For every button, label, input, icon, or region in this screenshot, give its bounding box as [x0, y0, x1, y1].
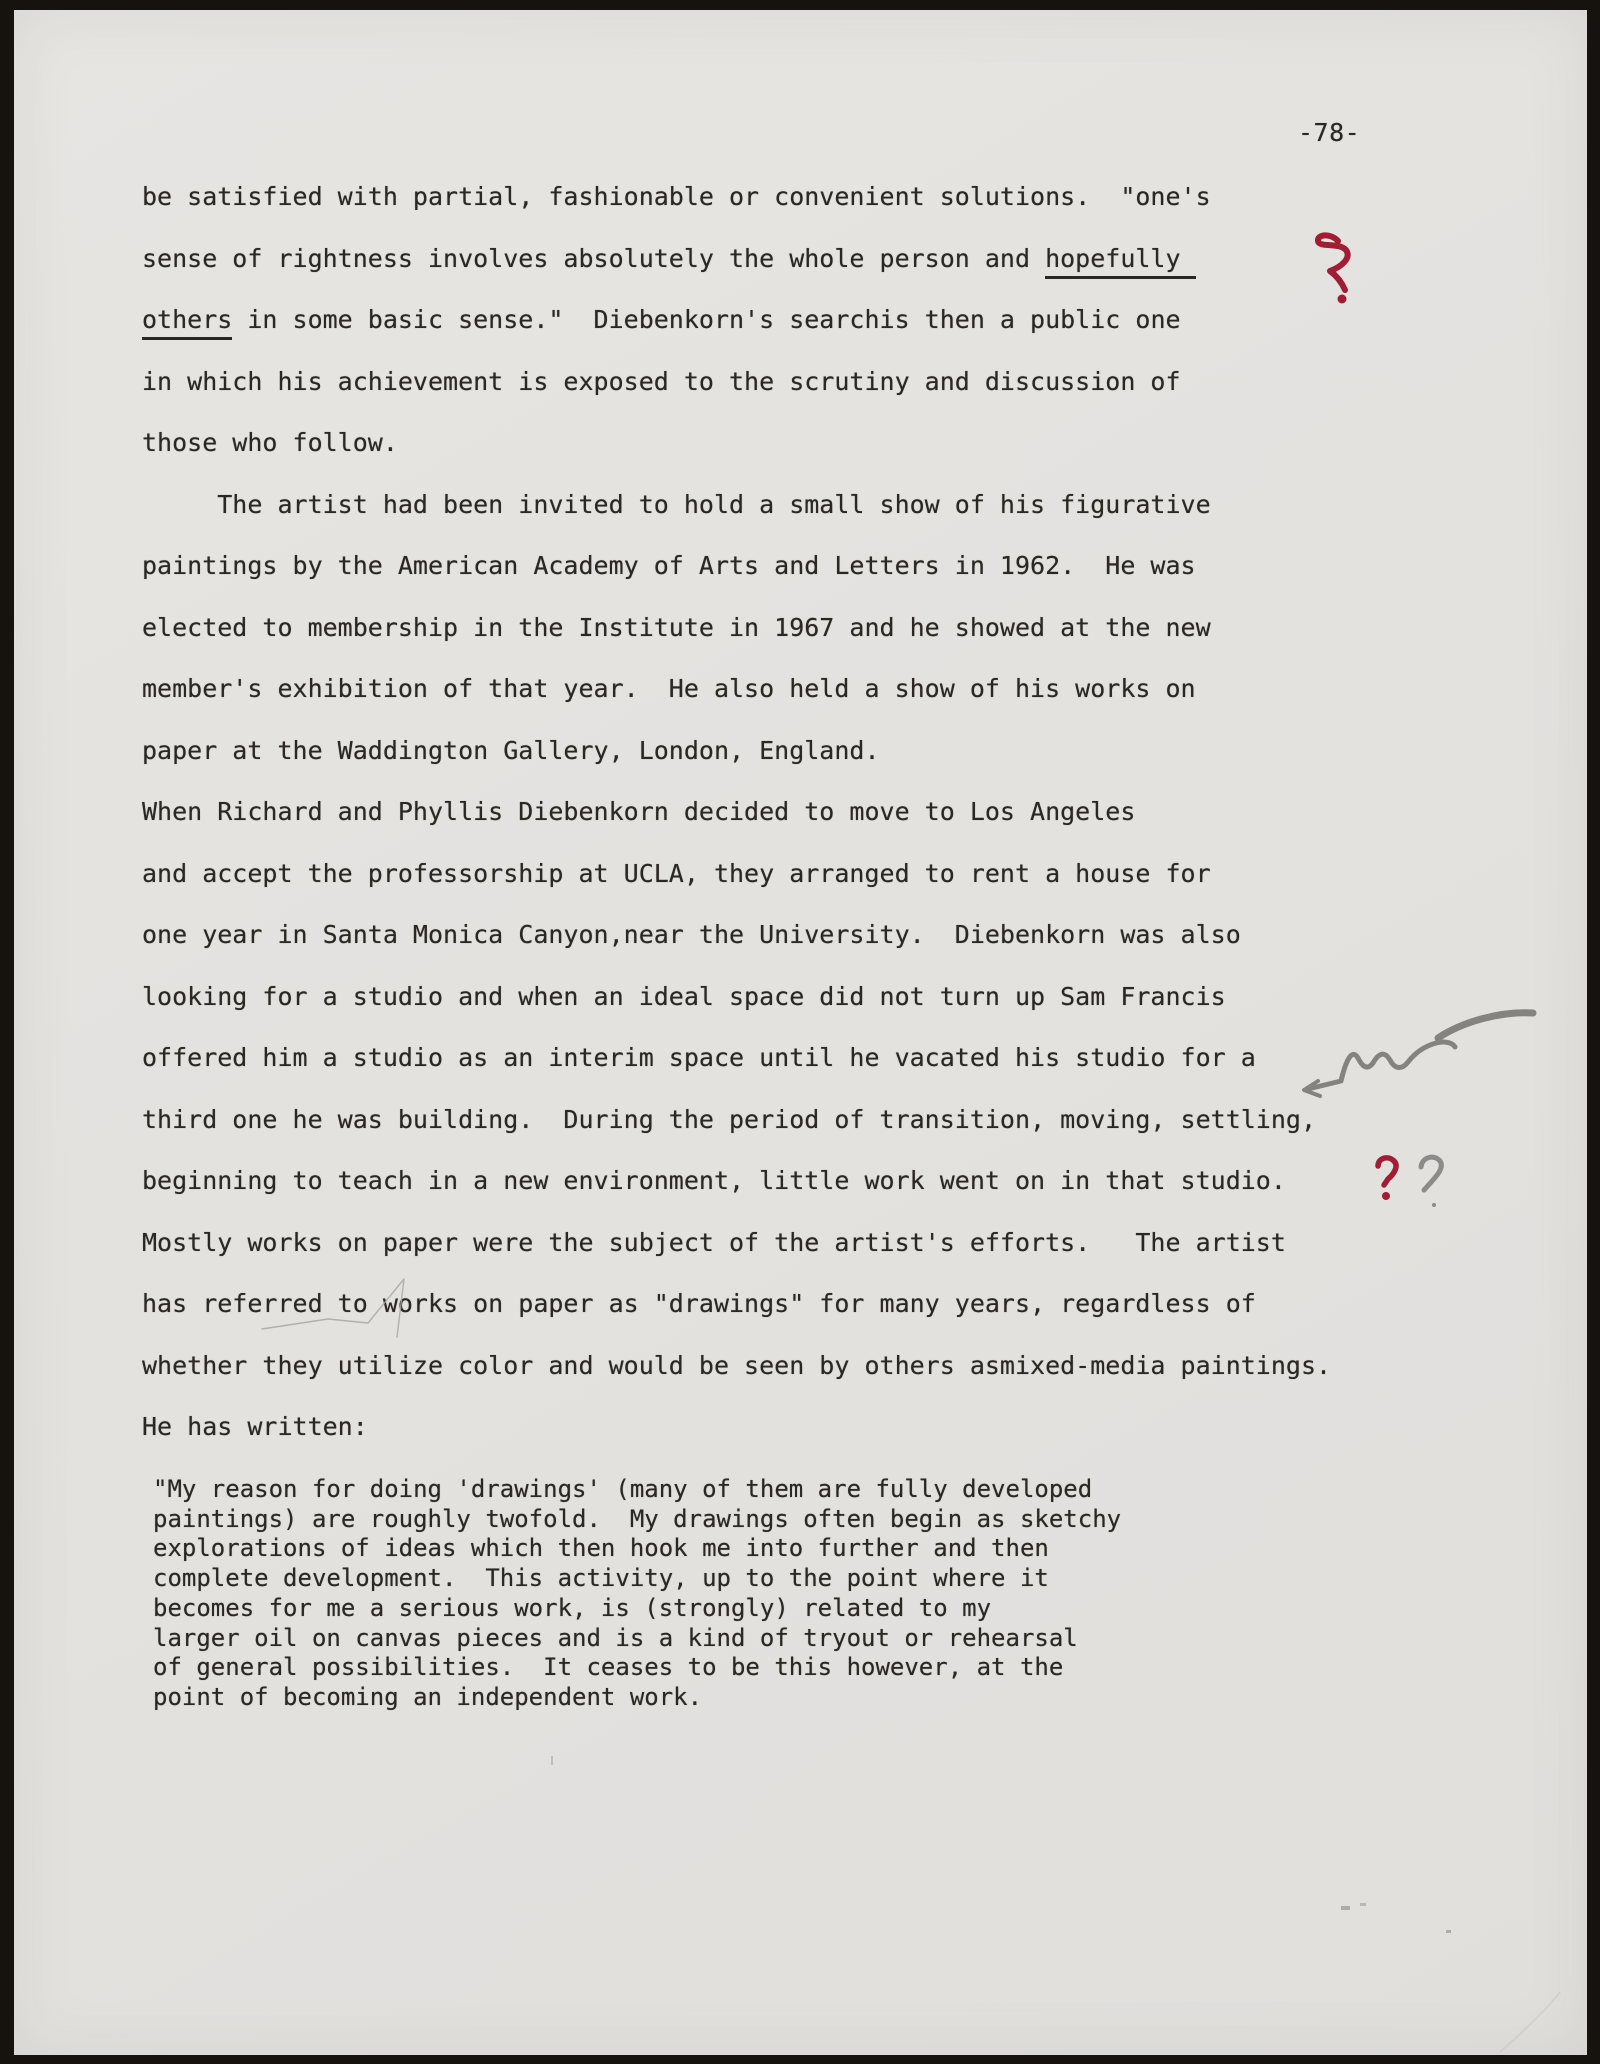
text-segment: larger oil on canvas pieces and is a kin… [153, 1624, 1078, 1652]
text-line: paper at the Waddington Gallery, London,… [142, 720, 1442, 782]
text-line: sense of rightness involves absolutely t… [142, 228, 1442, 290]
text-segment: The artist had been invited to hold a sm… [142, 490, 1211, 519]
text-segment: He has written: [142, 1412, 368, 1441]
text-line: member's exhibition of that year. He als… [142, 658, 1442, 720]
text-line: becomes for me a serious work, is (stron… [153, 1594, 1403, 1624]
text-line: complete development. This activity, up … [153, 1564, 1403, 1594]
text-segment: "My reason for doing 'drawings' (many of… [153, 1475, 1092, 1503]
text-segment: in some basic sense." Diebenkorn's searc… [232, 305, 1180, 334]
text-segment: explorations of ideas which then hook me… [153, 1534, 1049, 1562]
scanned-typescript-page: { "page": { "number_label": "-78-" }, "d… [0, 0, 1600, 2064]
text-line: those who follow. [142, 412, 1442, 474]
text-segment: those who follow. [142, 428, 398, 457]
text-line: paintings) are roughly twofold. My drawi… [153, 1505, 1403, 1535]
text-segment: paintings by the American Academy of Art… [142, 551, 1196, 580]
text-line: The artist had been invited to hold a sm… [142, 474, 1442, 536]
text-segment: one year in Santa Monica Canyon,near the… [142, 920, 1241, 949]
text-segment: elected to membership in the Institute i… [142, 613, 1211, 642]
text-line: third one he was building. During the pe… [142, 1089, 1442, 1151]
text-segment: of general possibilities. It ceases to b… [153, 1653, 1063, 1681]
text-segment: in which his achievement is exposed to t… [142, 367, 1181, 396]
underlined-text: others [142, 305, 232, 340]
text-line: He has written: [142, 1396, 1442, 1458]
text-line: point of becoming an independent work. [153, 1683, 1403, 1713]
body-paragraphs: be satisfied with partial, fashionable o… [142, 166, 1442, 1458]
text-line: offered him a studio as an interim space… [142, 1027, 1442, 1089]
text-segment: be satisfied with partial, fashionable o… [142, 182, 1211, 211]
text-segment: Mostly works on paper were the subject o… [142, 1228, 1286, 1257]
text-line: and accept the professorship at UCLA, th… [142, 843, 1442, 905]
underlined-text: hopefully [1045, 244, 1196, 279]
text-line: looking for a studio and when an ideal s… [142, 966, 1442, 1028]
text-line: paintings by the American Academy of Art… [142, 535, 1442, 597]
block-quote: "My reason for doing 'drawings' (many of… [153, 1475, 1403, 1713]
text-segment: becomes for me a serious work, is (stron… [153, 1594, 991, 1622]
text-line: whether they utilize color and would be … [142, 1335, 1442, 1397]
text-line: explorations of ideas which then hook me… [153, 1534, 1403, 1564]
text-line: beginning to teach in a new environment,… [142, 1150, 1442, 1212]
text-line: others in some basic sense." Diebenkorn'… [142, 289, 1442, 351]
text-line: Mostly works on paper were the subject o… [142, 1212, 1442, 1274]
text-line: elected to membership in the Institute i… [142, 597, 1442, 659]
text-line: of general possibilities. It ceases to b… [153, 1653, 1403, 1683]
text-segment: looking for a studio and when an ideal s… [142, 982, 1226, 1011]
page-number: -78- [1298, 118, 1360, 147]
text-segment: When Richard and Phyllis Diebenkorn deci… [142, 797, 1135, 826]
text-line: "My reason for doing 'drawings' (many of… [153, 1475, 1403, 1505]
text-segment: member's exhibition of that year. He als… [142, 674, 1196, 703]
text-segment: beginning to teach in a new environment,… [142, 1166, 1286, 1195]
text-segment: paper at the Waddington Gallery, London,… [142, 736, 880, 765]
text-segment: paintings) are roughly twofold. My drawi… [153, 1505, 1121, 1533]
text-line: has referred to works on paper as "drawi… [142, 1273, 1442, 1335]
text-segment: and accept the professorship at UCLA, th… [142, 859, 1211, 888]
text-line: in which his achievement is exposed to t… [142, 351, 1442, 413]
text-segment: has referred to works on paper as "drawi… [142, 1289, 1256, 1318]
text-line: larger oil on canvas pieces and is a kin… [153, 1624, 1403, 1654]
text-segment: whether they utilize color and would be … [142, 1351, 1331, 1380]
text-segment: offered him a studio as an interim space… [142, 1043, 1256, 1072]
text-segment: sense of rightness involves absolutely t… [142, 244, 1045, 273]
text-line: one year in Santa Monica Canyon,near the… [142, 904, 1442, 966]
text-line: be satisfied with partial, fashionable o… [142, 166, 1442, 228]
text-segment: complete development. This activity, up … [153, 1564, 1049, 1592]
text-segment: third one he was building. During the pe… [142, 1105, 1316, 1134]
text-line: When Richard and Phyllis Diebenkorn deci… [142, 781, 1442, 843]
text-segment: point of becoming an independent work. [153, 1683, 702, 1711]
